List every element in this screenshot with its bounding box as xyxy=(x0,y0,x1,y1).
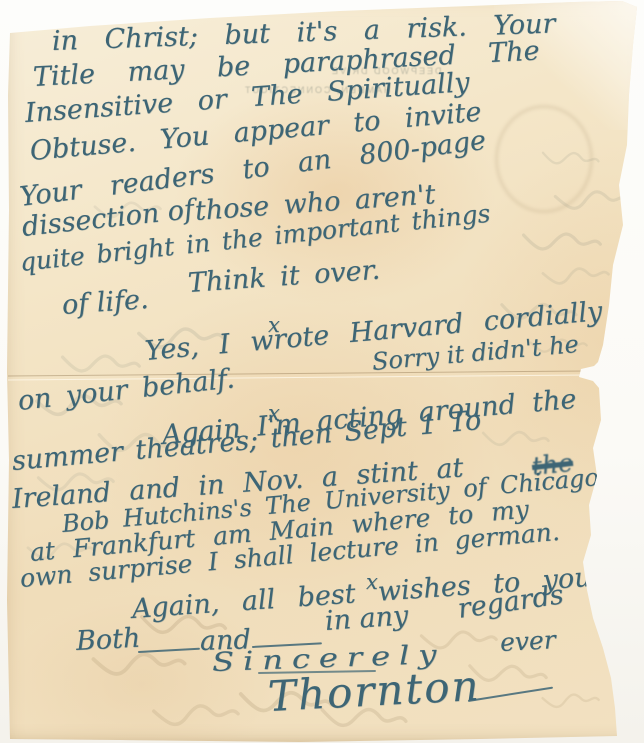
closing-word-both: Both xyxy=(75,623,141,657)
letter-line: on your behalf. xyxy=(16,363,236,417)
letter-line: of life. xyxy=(61,284,150,321)
closing-word-ever: ever xyxy=(499,625,556,657)
ghost-bleed-mark xyxy=(539,263,610,288)
pen-flourish xyxy=(138,648,200,654)
closing-word-in-any: in any xyxy=(324,600,409,637)
ghost-bleed-mark xyxy=(540,688,601,711)
ghost-bleed-mark xyxy=(55,350,146,375)
letter-line: Think it over. xyxy=(187,255,381,299)
ring-impression xyxy=(495,105,593,213)
letter-paper: DEEPWOOD DRIVE HAMDEN, CONNECTICUT in Ch… xyxy=(0,0,644,743)
ghost-bleed-mark xyxy=(516,228,607,253)
scanned-letter-page: DEEPWOOD DRIVE HAMDEN, CONNECTICUT in Ch… xyxy=(0,0,644,743)
ghost-bleed-mark xyxy=(144,699,245,728)
ghost-bleed-mark xyxy=(480,427,551,449)
signature: Thornton xyxy=(267,661,482,721)
